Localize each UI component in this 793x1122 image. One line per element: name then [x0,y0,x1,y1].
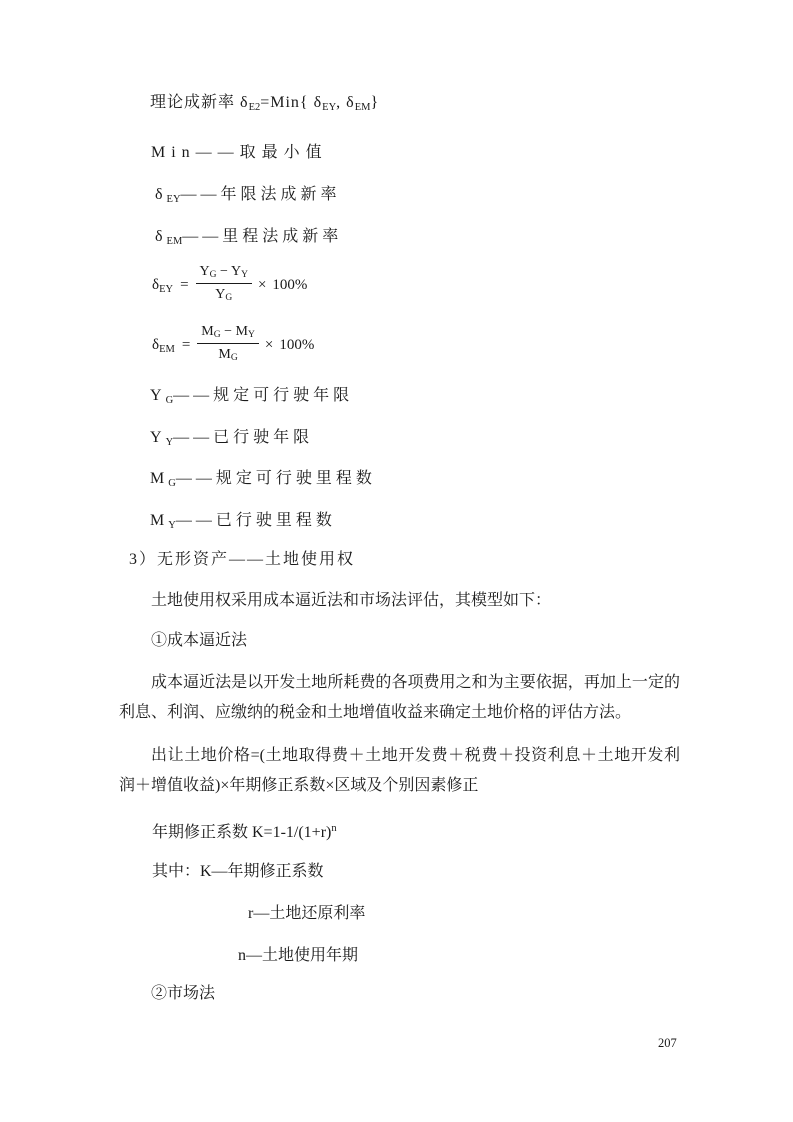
paragraph-land-price-line1: 出让土地价格=(土地取得费＋土地开发费＋税费＋投资利息＋土地开发利 [119,745,680,767]
line-delta-ey-definition: δEY——年限法成新率 [155,184,341,206]
delta-symbol: δ [155,228,167,245]
paragraph-land-price-line2: 润＋增值收益)×年期修正系数×区域及个别因素修正 [119,775,680,797]
definition-text: ——规定可行驶年限 [173,387,353,404]
formula-lhs-subscript: EM [159,344,175,355]
theory-end: } [370,94,379,111]
definition-text: ——规定可行驶里程数 [176,470,376,487]
variable-subscript: Y [168,520,176,531]
delta-symbol: δ [155,186,167,203]
formula-k-coefficient: 年期修正系数 K=1-1/(1+r)n [152,822,337,844]
variable-symbol: M [150,512,168,529]
multiply-sign: × [265,337,273,353]
variable-symbol: Y [150,429,166,446]
formula-lhs: δEM [152,337,175,353]
delta-symbol: δ [346,94,355,111]
equals-sign: = [182,337,190,353]
formula-delta-ey: δEY=YG − YYYG×100% [152,266,307,305]
theory-sep: , [336,94,346,111]
delta-subscript: E2 [249,102,261,113]
line-land-model-intro: 土地使用权采用成本逼近法和市场法评估，其模型如下： [151,590,551,612]
fraction-numerator: MG − MY [197,324,259,343]
paragraph-cost-approach-line2: 利息、利润、应缴纳的税金和土地增值收益来确定土地价格的评估方法。 [119,702,680,724]
line-yy-definition: YY——已行驶年限 [150,427,313,449]
line-theory-rate: 理论成新率 δE2=Min{ δEY, δEM} [150,92,379,114]
delta-subscript: EM [167,236,183,247]
multiply-sign: × [258,277,266,293]
percent-value: 100% [279,337,314,353]
definition-text: ——已行驶里程数 [176,512,336,529]
delta-symbol: δ [240,94,249,111]
theory-pre: 理论成新率 [150,94,240,111]
fraction: MG − MYMG [197,324,259,363]
delta-symbol: δ [314,94,323,111]
definition-text: ——里程法成新率 [182,228,342,245]
delta-subscript: EY [167,194,181,205]
paragraph-cost-approach-line1: 成本逼近法是以开发土地所耗费的各项费用之和为主要依据，再加上一定的 [119,672,680,694]
heading-market-approach: ②市场法 [151,983,215,1005]
formula-k-exponent: n [331,823,336,834]
variable-subscript: G [168,478,176,489]
definition-text: ——年限法成新率 [181,186,341,203]
line-yg-definition: YG——规定可行驶年限 [150,385,353,407]
fraction-numerator: YG − YY [196,264,252,283]
heading-intangible-assets: 3）无形资产——土地使用权 [129,549,355,571]
variable-symbol: Y [150,387,166,404]
formula-k-base: 年期修正系数 K=1-1/(1+r) [152,824,331,841]
formula-delta-em: δEM=MG − MYMG×100% [152,326,314,365]
equals-sign: = [180,277,188,293]
fraction: YG − YYYG [196,264,252,303]
line-n-definition: n—土地使用年期 [238,945,358,967]
fraction-denominator: MG [197,343,259,363]
document-page: 理论成新率 δE2=Min{ δEY, δEM} Min——取最小值 δEY——… [0,0,793,1122]
line-delta-em-definition: δEM——里程法成新率 [155,226,342,248]
page-number: 207 [658,1036,677,1051]
definition-text: ——已行驶年限 [173,429,313,446]
line-r-definition: r—土地还原利率 [248,903,365,925]
formula-lhs: δEY [152,277,173,293]
percent-value: 100% [272,277,307,293]
line-mg-definition: MG——规定可行驶里程数 [150,468,376,490]
delta-subscript: EY [322,102,336,113]
line-my-definition: MY——已行驶里程数 [150,510,336,532]
delta-subscript: EM [355,102,371,113]
line-min-definition: Min——取最小值 [151,142,328,164]
theory-mid: =Min{ [260,94,313,111]
variable-symbol: M [150,470,168,487]
line-k-definition: 其中：K—年期修正系数 [152,861,324,883]
formula-lhs-subscript: EY [159,284,173,295]
heading-cost-approach: ①成本逼近法 [151,630,247,652]
fraction-denominator: YG [196,283,252,303]
